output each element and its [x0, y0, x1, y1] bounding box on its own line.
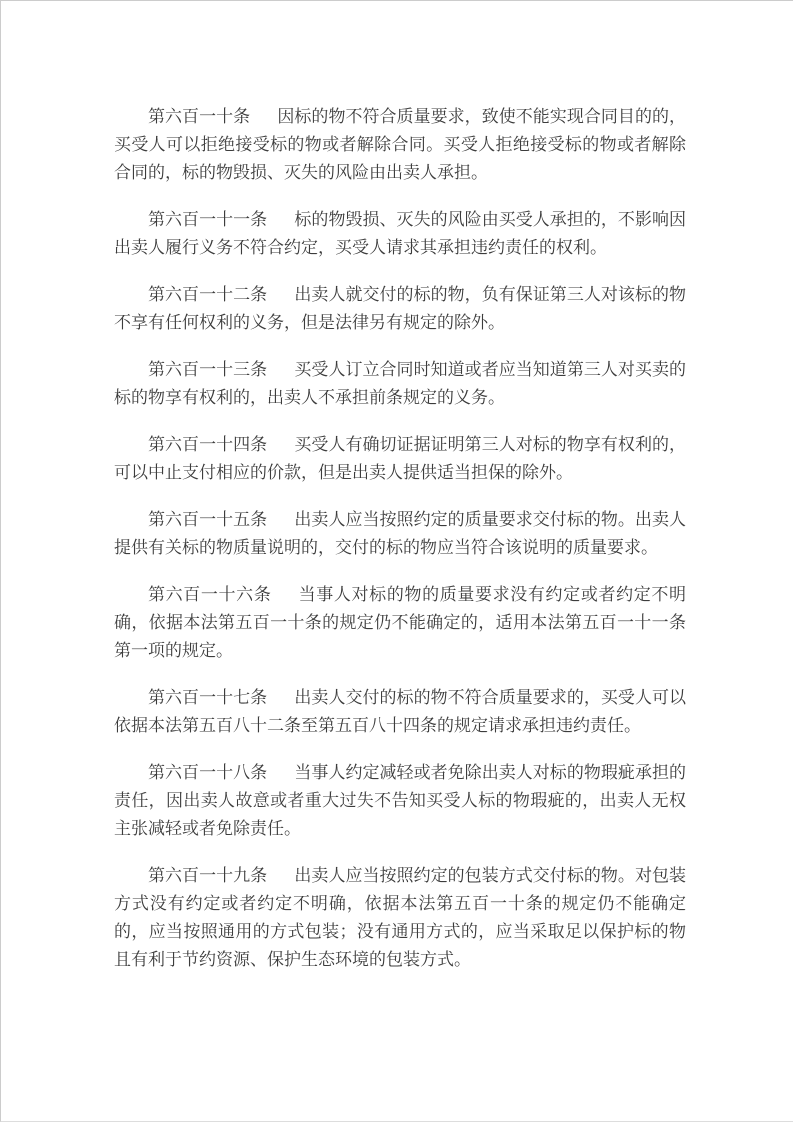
document-page: 第六百一十条因标的物不符合质量要求，致使不能实现合同目的的，买受人可以拒绝接受标… — [0, 0, 793, 1122]
article-paragraph: 第六百一十四条买受人有确切证据证明第三人对标的物享有权利的，可以中止支付相应的价… — [114, 431, 686, 487]
article-paragraph: 第六百一十八条当事人约定减轻或者免除出卖人对标的物瑕疵承担的责任，因出卖人故意或… — [114, 759, 686, 843]
legal-text-body: 第六百一十条因标的物不符合质量要求，致使不能实现合同目的的，买受人可以拒绝接受标… — [114, 103, 686, 974]
article-paragraph: 第六百一十一条标的物毁损、灭失的风险由买受人承担的，不影响因出卖人履行义务不符合… — [114, 206, 686, 262]
article-number: 第六百一十一条 — [148, 210, 267, 229]
article-number: 第六百一十三条 — [148, 360, 267, 379]
article-number: 第六百一十五条 — [148, 510, 267, 529]
article-paragraph: 第六百一十六条当事人对标的物的质量要求没有约定或者约定不明确，依据本法第五百一十… — [114, 581, 686, 665]
article-paragraph: 第六百一十条因标的物不符合质量要求，致使不能实现合同目的的，买受人可以拒绝接受标… — [114, 103, 686, 187]
article-number: 第六百一十九条 — [148, 866, 267, 885]
article-paragraph: 第六百一十三条买受人订立合同时知道或者应当知道第三人对买卖的标的物享有权利的，出… — [114, 356, 686, 412]
article-number: 第六百一十七条 — [148, 688, 267, 707]
article-number: 第六百一十四条 — [148, 435, 267, 454]
article-paragraph: 第六百一十二条出卖人就交付的标的物，负有保证第三人对该标的物不享有任何权利的义务… — [114, 281, 686, 337]
article-paragraph: 第六百一十九条出卖人应当按照约定的包装方式交付标的物。对包装方式没有约定或者约定… — [114, 862, 686, 974]
article-number: 第六百一十六条 — [148, 585, 271, 604]
article-paragraph: 第六百一十七条出卖人交付的标的物不符合质量要求的，买受人可以依据本法第五百八十二… — [114, 684, 686, 740]
article-number: 第六百一十二条 — [148, 285, 267, 304]
article-paragraph: 第六百一十五条出卖人应当按照约定的质量要求交付标的物。出卖人提供有关标的物质量说… — [114, 506, 686, 562]
article-number: 第六百一十条 — [148, 107, 250, 126]
article-number: 第六百一十八条 — [148, 763, 267, 782]
